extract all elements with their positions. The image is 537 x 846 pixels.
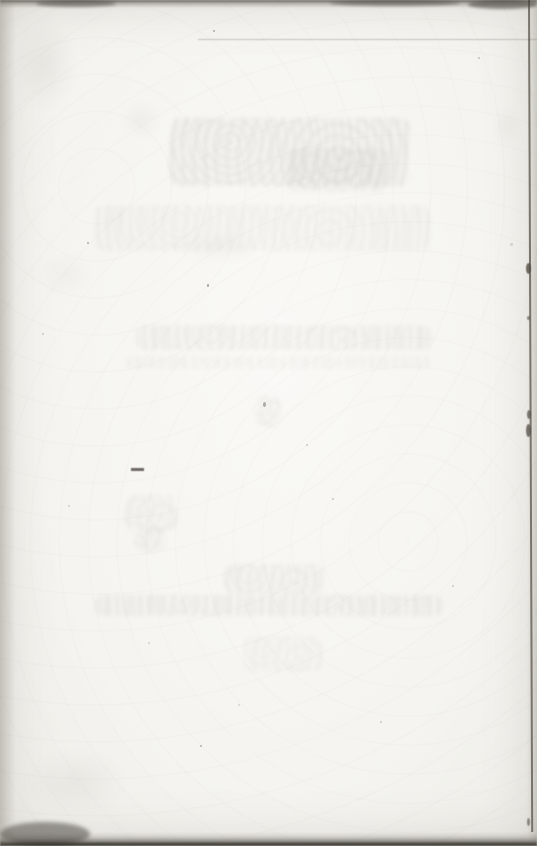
stain-script-grain bbox=[150, 222, 280, 272]
patch-bottom-edge-left bbox=[0, 822, 90, 846]
ink-speck bbox=[200, 745, 202, 747]
ink-speck bbox=[263, 402, 266, 407]
stain-right-upper bbox=[486, 98, 528, 156]
ink-speck bbox=[213, 30, 215, 32]
ink-speck bbox=[380, 721, 382, 723]
ghost-caps-line bbox=[136, 325, 432, 350]
patch-top-edge-3 bbox=[468, 0, 537, 9]
faint-horizontal-rule bbox=[198, 39, 537, 40]
ink-speck bbox=[306, 444, 308, 446]
ink-speck bbox=[68, 505, 70, 507]
ink-speck bbox=[87, 242, 89, 244]
stain-top-left bbox=[110, 92, 170, 147]
patch-top-edge-2 bbox=[330, 0, 460, 6]
ink-speck bbox=[452, 585, 454, 587]
corner-shade-top-left bbox=[0, 0, 90, 130]
ink-speck bbox=[238, 704, 240, 706]
stain-left-mid bbox=[28, 242, 103, 307]
left-edge-shadow bbox=[0, 0, 16, 846]
ink-speck bbox=[332, 498, 334, 500]
thread-knot bbox=[527, 410, 531, 419]
ghost-year bbox=[244, 636, 322, 672]
ink-speck bbox=[478, 57, 480, 59]
ghost-subline bbox=[126, 356, 430, 369]
ink-speck bbox=[207, 284, 209, 287]
shade-bottom-left bbox=[0, 735, 150, 830]
ghost-blot-lower bbox=[134, 528, 166, 552]
ghost-title-tail bbox=[288, 148, 388, 192]
scanned-page bbox=[0, 0, 537, 846]
ink-speck bbox=[510, 243, 513, 246]
ink-speck bbox=[148, 642, 150, 644]
ghost-city-line bbox=[224, 564, 324, 594]
thread-knot bbox=[527, 818, 530, 826]
ghost-publisher-line bbox=[94, 595, 444, 616]
ghost-blot-upper bbox=[124, 495, 178, 531]
ink-dash bbox=[131, 468, 144, 471]
ink-speck bbox=[42, 333, 44, 335]
patch-top-edge-1 bbox=[36, 0, 116, 7]
ghost-ornament bbox=[255, 395, 281, 427]
